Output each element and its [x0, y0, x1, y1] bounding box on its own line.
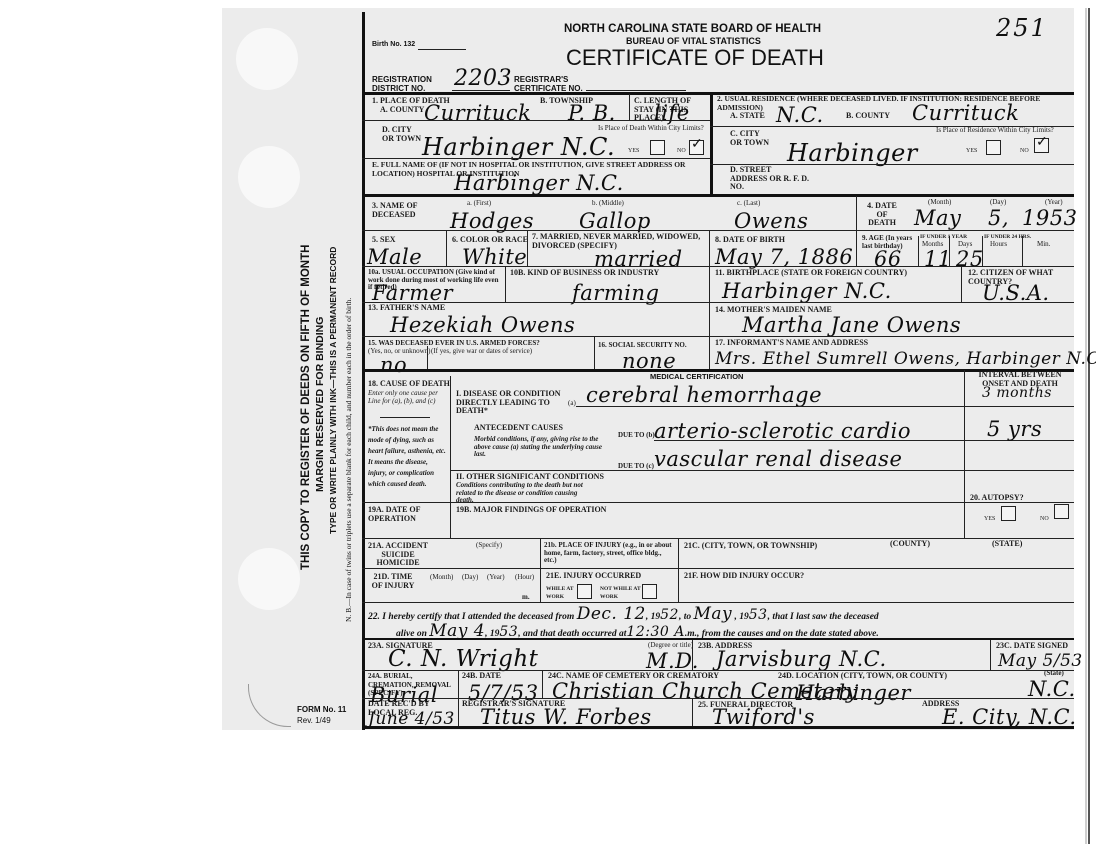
residence-city-label: c. CITY OR TOWN	[730, 130, 770, 147]
min-label: Min.	[1037, 241, 1050, 249]
punch-hole-top	[236, 28, 298, 90]
cert-text-2: , that I last saw the deceased	[768, 612, 879, 622]
race-label: 6. COLOR OR RACE	[452, 236, 528, 245]
row-line	[362, 602, 1074, 603]
registration-district-value[interactable]: 2203	[454, 68, 512, 90]
col-divider	[964, 502, 965, 538]
injury-month-label: (Month)	[430, 574, 453, 582]
injury-hour-label: (Hour)	[515, 574, 534, 582]
res-limits-label: Is Place of Residence Within City Limits…	[936, 127, 1076, 135]
date-signed[interactable]: May 5/53	[998, 652, 1083, 670]
row-line	[576, 406, 1074, 407]
registration-district-text: REGISTRATION DISTRICT NO.	[372, 75, 432, 93]
form-revision: Rev. 1/49	[297, 716, 331, 725]
armed-forces[interactable]: no	[380, 354, 407, 376]
row-line	[362, 158, 710, 159]
registrar-signature[interactable]: Titus W. Forbes	[480, 706, 652, 728]
last-name[interactable]: Owens	[734, 210, 808, 232]
res-no-label: NO	[1020, 148, 1029, 156]
page-edge-line	[1088, 8, 1090, 844]
residence-state-label: a. STATE	[730, 112, 765, 121]
birth-no-line	[418, 49, 466, 50]
injury-m-label: m.	[522, 594, 530, 602]
attended-from-year[interactable]: 52	[660, 607, 679, 623]
res-within-limits-yes-checkbox[interactable]	[986, 140, 1001, 155]
cert-19-from: , 19	[646, 612, 660, 622]
informant[interactable]: Mrs. Ethel Sumrell Owens, Harbinger N.C.	[715, 350, 1096, 368]
autopsy-yes-checkbox[interactable]	[1001, 506, 1016, 521]
due-to-b-label: DUE TO (b)	[618, 432, 655, 440]
margin-twins-note: N. B.—In case of twins or triplets use a…	[344, 298, 353, 622]
autopsy-no-label: NO	[1040, 516, 1049, 524]
occupation[interactable]: Farmer	[372, 282, 453, 304]
race[interactable]: White	[462, 246, 527, 268]
residence-street-label: d. STREET ADDRESS or R. F. D. NO.	[730, 166, 810, 192]
industry[interactable]: farming	[572, 282, 659, 304]
interval-a[interactable]: 3 months	[982, 386, 1052, 401]
col-divider	[856, 230, 857, 266]
hours-label: Hours	[990, 241, 1007, 249]
col-divider	[709, 266, 710, 336]
cert-19-to: , 19	[734, 612, 748, 622]
pod-within-limits-no-checkbox[interactable]: ✓	[689, 140, 704, 155]
bottom-rule	[362, 726, 1074, 729]
how-injury-label: 21f. HOW DID INJURY OCCUR?	[684, 572, 804, 581]
registration-district-line	[452, 90, 510, 91]
while-at-work-checkbox[interactable]	[577, 584, 592, 599]
cause-a[interactable]: cerebral hemorrhage	[586, 384, 822, 406]
row-line	[362, 120, 710, 121]
pod-yes-label: YES	[628, 148, 639, 156]
autopsy-label: 20. AUTOPSY?	[970, 494, 1024, 503]
cause-c[interactable]: vascular renal disease	[654, 448, 902, 470]
punch-hole-middle	[238, 146, 300, 208]
date-signed-label: 23c. DATE SIGNED	[996, 642, 1068, 651]
death-year[interactable]: 1953	[1022, 207, 1077, 229]
col-divider	[427, 346, 428, 370]
row-line	[450, 470, 1074, 471]
cause-instructions: Enter only one cause per Line for (a), (…	[368, 390, 448, 405]
citizen-of[interactable]: U.S.A.	[982, 282, 1050, 304]
antecedent-label: ANTECEDENT CAUSES	[474, 424, 563, 433]
registrar-cert-line	[586, 90, 686, 91]
industry-label: 10b. KIND OF BUSINESS OR INDUSTRY	[510, 269, 670, 278]
margin-register-text: THIS COPY TO REGISTER OF DEEDS ON FIFTH …	[300, 245, 312, 570]
col-divider	[918, 236, 919, 266]
col-divider	[982, 236, 983, 266]
checkmark-icon: ✓	[691, 136, 703, 153]
date-of-birth[interactable]: May 7, 1886	[715, 246, 853, 268]
funeral-director[interactable]: Twiford's	[712, 706, 815, 728]
medical-heading: MEDICAL CERTIFICATION	[650, 372, 743, 381]
pod-within-limits-yes-checkbox[interactable]	[650, 140, 665, 155]
residence-city[interactable]: Harbinger	[787, 142, 918, 164]
residence-county-label: b. COUNTY	[846, 112, 890, 121]
punch-hole-bottom	[238, 548, 300, 610]
accident-label: 21a. ACCIDENT SUICIDE HOMICIDE	[368, 542, 428, 568]
margin-ink-text: TYPE OR WRITE PLAINLY WITH INK—THIS IS A…	[328, 247, 338, 534]
sex-label: 5. SEX	[372, 236, 396, 245]
col-divider	[990, 640, 991, 670]
time-of-injury-label: 21d. TIME OF INJURY	[368, 573, 418, 590]
section-rule	[362, 194, 1074, 197]
los-divider	[629, 94, 630, 120]
cert-to-word: to	[684, 612, 691, 622]
dob-label: 8. DATE OF BIRTH	[715, 236, 785, 245]
birthplace[interactable]: Harbinger N.C.	[722, 280, 892, 302]
death-certificate-sheet: THIS COPY TO REGISTER OF DEEDS ON FIFTH …	[222, 8, 1074, 730]
col-divider	[446, 230, 447, 266]
father-label: 13. FATHER'S NAME	[368, 304, 445, 313]
cause-footnote: *This does not mean the mode of dying, s…	[368, 424, 448, 490]
section-rule	[362, 638, 1074, 640]
birthplace-label: 11. BIRTHPLACE (State or foreign country…	[715, 269, 907, 278]
col-divider	[692, 698, 693, 728]
col-divider	[594, 336, 595, 370]
attended-to-year[interactable]: 53	[749, 607, 768, 623]
pod-no-label: NO	[677, 148, 686, 156]
cause-b[interactable]: arterio-sclerotic cardio	[654, 420, 911, 442]
cause-a-letter: (a)	[568, 400, 576, 408]
col-divider	[692, 640, 693, 670]
autopsy-yes-label: YES	[984, 516, 995, 524]
page-edge-shadow	[1085, 8, 1087, 844]
col-divider	[458, 670, 459, 728]
interval-b[interactable]: 5 yrs	[987, 418, 1042, 440]
operation-findings-label: 19b. MAJOR FINDINGS OF OPERATION	[456, 506, 606, 515]
col-divider	[450, 502, 451, 538]
section-split	[710, 92, 713, 196]
row-line	[362, 568, 1074, 569]
middle-name-label: b. (Middle)	[592, 200, 624, 208]
residence-state[interactable]: N.C.	[776, 104, 824, 126]
burial-date-label: 24b. DATE	[462, 672, 501, 681]
certificate-title: CERTIFICATE OF DEATH	[566, 45, 824, 71]
burial-location[interactable]: Harbinger	[796, 682, 911, 704]
mother-maiden-name[interactable]: Martha Jane Owens	[742, 314, 961, 336]
col-divider	[961, 266, 962, 302]
attended-from-date[interactable]: Dec. 12	[577, 604, 646, 624]
hole-reinforcement-curve	[248, 684, 291, 727]
row-line	[362, 502, 1074, 503]
col-divider	[709, 230, 710, 266]
col-divider	[505, 266, 506, 302]
burial-location-label: 24d. LOCATION (City, town, or county)	[778, 672, 947, 681]
page-number: 251	[996, 14, 1048, 42]
col-divider	[678, 538, 679, 602]
accident-specify: (Specify)	[476, 542, 502, 550]
row-line	[362, 266, 1074, 267]
while-at-work-label: WHILE AT WORK	[546, 586, 580, 601]
operation-date-label: 19a. DATE OF OPERATION	[368, 506, 448, 523]
last-name-label: c. (Last)	[737, 200, 760, 208]
death-month[interactable]: May	[914, 207, 961, 229]
row-line	[362, 302, 1074, 303]
margin-binding-text: MARGIN RESERVED FOR BINDING	[314, 317, 326, 492]
row-line	[362, 538, 1074, 539]
col-divider	[542, 670, 543, 698]
not-while-at-work-label: NOT WHILE AT WORK	[600, 586, 646, 601]
informant-label: 17. INFORMANT'S NAME AND ADDRESS	[715, 339, 868, 348]
physician-address[interactable]: Jarvisburg N.C.	[716, 648, 887, 670]
injury-occurred-label: 21e. INJURY OCCURRED	[546, 572, 641, 581]
date-of-death-label: 4. DATE OF DEATH	[862, 202, 902, 228]
place-of-death-city[interactable]: Harbinger N.C.	[422, 136, 615, 158]
physician-degree[interactable]: M.D.	[646, 650, 699, 672]
residence-county[interactable]: Currituck	[912, 102, 1019, 124]
not-while-at-work-checkbox[interactable]	[642, 584, 657, 599]
part1-label: I. DISEASE OR CONDITION DIRECTLY LEADING…	[456, 390, 576, 416]
interval-divider	[964, 370, 965, 502]
autopsy-no-checkbox[interactable]	[1054, 504, 1069, 519]
pod-city-label: d. CITY OR TOWN	[382, 126, 422, 143]
first-name[interactable]: Hodges	[450, 210, 534, 232]
cause-of-death-label: 18. CAUSE OF DEATH	[368, 380, 450, 389]
middle-name[interactable]: Gallop	[579, 210, 651, 232]
name-label: 3. NAME OF DECEASED	[372, 202, 432, 219]
footnote-rule	[380, 417, 430, 418]
col-divider	[450, 376, 451, 502]
hospital-institution[interactable]: Harbinger N.C.	[454, 172, 624, 194]
armed-forces-sub2: (If yes, give war or dates of service)	[431, 348, 532, 356]
sex[interactable]: Male	[367, 246, 422, 268]
injury-year-label: (Year)	[487, 574, 505, 582]
form-number: FORM No. 11	[297, 705, 346, 714]
col-divider	[527, 230, 528, 266]
checkmark-icon: ✓	[1036, 134, 1048, 151]
birth-no-label: Birth No. 132	[372, 41, 415, 48]
first-name-label: a. (First)	[467, 200, 491, 208]
attended-to-date[interactable]: May	[693, 604, 732, 624]
antecedent-note: Morbid conditions, if any, giving rise t…	[474, 436, 614, 459]
injury-county-label: (COUNTY)	[890, 540, 930, 549]
father-name[interactable]: Hezekiah Owens	[390, 314, 575, 336]
dod-divider	[856, 196, 857, 230]
row-line	[362, 230, 1074, 231]
pod-limits-label: Is Place of Death Within City Limits?	[598, 125, 708, 133]
row-line	[362, 336, 1074, 337]
res-within-limits-no-checkbox[interactable]: ✓	[1034, 138, 1049, 153]
col-divider	[1022, 236, 1023, 266]
injury-state-label: (STATE)	[992, 540, 1022, 549]
death-day[interactable]: 5,	[988, 207, 1009, 229]
registration-district-label: REGISTRATION DISTRICT NO.	[372, 75, 462, 93]
res-yes-label: YES	[966, 148, 977, 156]
col-divider	[540, 568, 541, 602]
injury-city-label: 21c. (CITY, TOWN, OR TOWNSHIP)	[684, 542, 817, 551]
injury-day-label: (Day)	[462, 574, 478, 582]
agency-name: NORTH CAROLINA STATE BOARD OF HEALTH	[564, 23, 821, 35]
col-divider	[709, 336, 710, 370]
funeral-address[interactable]: E. City, N.C.	[942, 706, 1077, 728]
col-divider	[949, 236, 950, 266]
place-of-injury-label: 21b. PLACE OF INJURY (e.g., in or about …	[544, 542, 674, 565]
burial-state[interactable]: N.C.	[1028, 678, 1076, 700]
physician-signature[interactable]: C. N. Wright	[388, 648, 538, 670]
